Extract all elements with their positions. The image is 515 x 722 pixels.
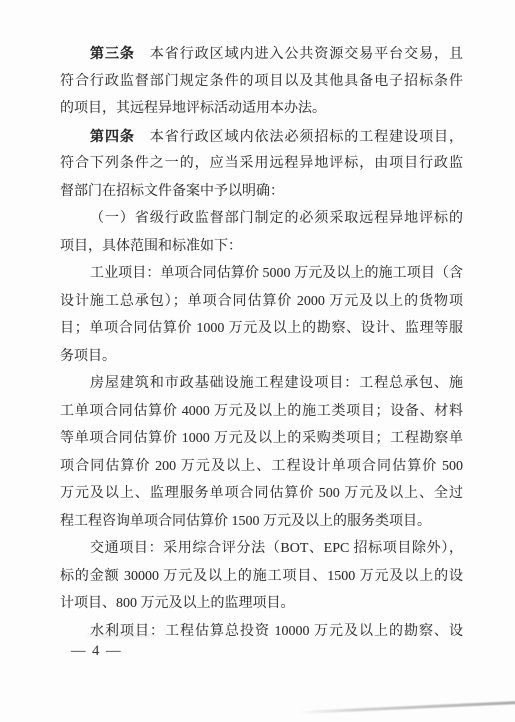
text-run: 本省行政区域内进入公共资源交易平台交易，且 bbox=[135, 47, 463, 62]
scan-smudge bbox=[86, 633, 158, 638]
text-line-water: 水利项目：工程估算总投资 10000 万元及以上的勘察、设 bbox=[60, 618, 463, 646]
text-line: 项目，具体范围和标准如下： bbox=[60, 233, 463, 261]
page-number: — 4 — bbox=[71, 642, 122, 660]
text-line: 目；单项合同估算价 1000 万元及以上的勘察、设计、监理等服 bbox=[60, 315, 463, 343]
text-line: 符合下列条件之一的，应当采用远程异地评标，由项目行政监 bbox=[60, 150, 463, 178]
text-line-industrial: 工业项目：单项合同估算价 5000 万元及以上的施工项目（含 bbox=[60, 260, 463, 288]
text-line-article-3: 第三条 本省行政区域内进入公共资源交易平台交易，且 bbox=[60, 40, 463, 68]
document-body: 第三条 本省行政区域内进入公共资源交易平台交易，且 符合行政监督部门规定条件的项… bbox=[60, 40, 463, 645]
text-line: 工单项合同估算价 4000 万元及以上的施工类项目；设备、材料 bbox=[60, 398, 463, 426]
text-line: 督部门在招标文件备案中予以明确： bbox=[60, 178, 463, 206]
text-run: 本省行政区域内依法必须招标的工程建设项目， bbox=[135, 130, 463, 145]
article-number-heading: 第三条 bbox=[90, 45, 135, 61]
text-line-transport: 交通项目：采用综合评分法（BOT、EPC 招标项目除外）， bbox=[60, 535, 463, 563]
text-line: 符合行政监督部门规定条件的项目以及其他具备电子招标条件 bbox=[60, 68, 463, 96]
scan-edge-shadow bbox=[299, 701, 515, 713]
text-line-item-1: （一）省级行政监督部门制定的必须采取远程异地评标的 bbox=[60, 205, 463, 233]
text-line: 等单项合同估算价 1000 万元及以上的采购类项目；工程勘察单 bbox=[60, 425, 463, 453]
text-line: 标的金额 30000 万元及以上的施工项目、1500 万元及以上的设 bbox=[60, 563, 463, 591]
text-line: 万元及以上、监理服务单项合同估算价 500 万元及以上、全过 bbox=[60, 480, 463, 508]
text-line: 设计施工总承包）；单项合同估算价 2000 万元及以上的货物项 bbox=[60, 288, 463, 316]
article-number-heading: 第四条 bbox=[90, 128, 135, 144]
text-line-housing: 房屋建筑和市政基础设施工程建设项目：工程总承包、施 bbox=[60, 370, 463, 398]
document-page: 第三条 本省行政区域内进入公共资源交易平台交易，且 符合行政监督部门规定条件的项… bbox=[0, 0, 515, 722]
text-line: 计项目、800 万元及以上的监理项目。 bbox=[60, 590, 463, 618]
text-line: 项合同估算价 200 万元及以上、工程设计单项合同估算价 500 bbox=[60, 453, 463, 481]
text-line: 务项目。 bbox=[60, 343, 463, 371]
text-line: 的项目，其远程异地评标活动适用本办法。 bbox=[60, 95, 463, 123]
text-line: 程工程咨询单项合同估算价 1500 万元及以上的服务类项目。 bbox=[60, 508, 463, 536]
text-line-article-4: 第四条 本省行政区域内依法必须招标的工程建设项目， bbox=[60, 123, 463, 151]
